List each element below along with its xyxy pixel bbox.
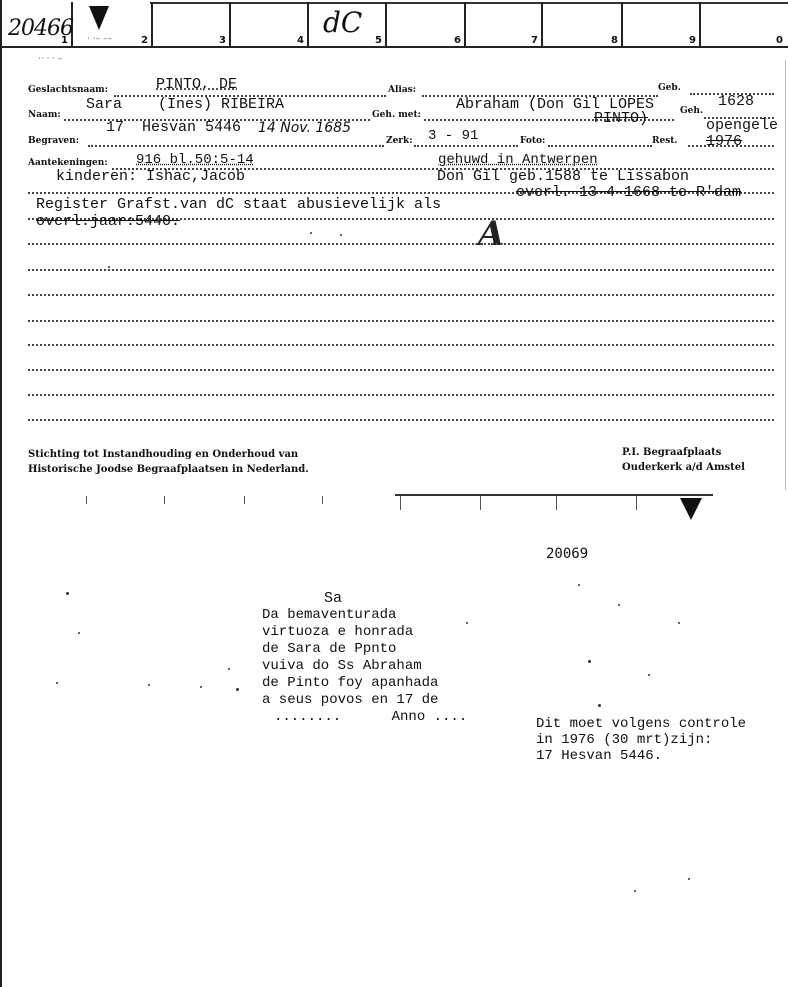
speck: [648, 674, 650, 676]
notes-married-place: gehuwd in Antwerpen: [438, 152, 598, 168]
speck: [66, 592, 69, 595]
foundation-name: Stichting tot Instandhouding en Onderhou…: [28, 447, 309, 477]
tick-mark: [322, 496, 323, 504]
tick-mark: [400, 496, 401, 510]
cell-number: 0: [776, 35, 783, 46]
index-cell-9: 9: [623, 2, 701, 48]
index-cell-6: 6: [387, 2, 466, 48]
rest-year: 1976: [706, 133, 742, 150]
photo-line: [548, 145, 652, 147]
speck: [228, 668, 230, 670]
speck: [578, 584, 580, 586]
tick-mark: [480, 496, 481, 510]
blank-line: [28, 419, 774, 421]
buried-label: Begraven:: [28, 136, 79, 146]
faint-mark: · ·– ––: [87, 34, 112, 44]
married-to-label: Geh. met:: [372, 110, 421, 120]
notes-spouse-died: overl. 13-4-1668 te R'dam: [516, 184, 741, 201]
blank-line: [28, 369, 774, 371]
bleed-through-strip-line: [395, 494, 713, 496]
speck: [108, 266, 110, 268]
card-left-edge: [0, 0, 2, 987]
control-note-line: in 1976 (30 mrt)zijn:: [536, 732, 746, 748]
index-cell-0: 0: [701, 2, 786, 48]
epitaph-line: a seus povos en 17 de: [262, 692, 455, 709]
foundation-line-1: Stichting tot Instandhouding en Onderhou…: [28, 447, 309, 462]
blank-line: [28, 243, 774, 245]
epitaph-line: virtuoza e honrada: [262, 624, 455, 641]
given-name-value: Sara (Ines) RIBEIRA: [86, 96, 284, 113]
index-cell-1: 20466 1: [0, 2, 73, 48]
speck: [588, 660, 591, 663]
tick-mark: [636, 496, 637, 510]
faint-mark: ·· · · –: [38, 54, 63, 64]
triangle-marker-icon: [89, 6, 109, 30]
stamp-letter-a: A: [478, 214, 504, 254]
blank-line: [28, 394, 774, 396]
speck: [310, 232, 312, 234]
index-cell-4: 4: [231, 2, 309, 48]
cell-number: 8: [611, 35, 618, 46]
notes-spouse-born: Don Gil geb.1588 te Lissabon: [437, 168, 689, 185]
epitaph-line: ........ Anno ....: [274, 709, 467, 726]
surname-label: Geslachtsnaam:: [28, 85, 108, 95]
married-label: Geh.: [680, 106, 703, 116]
alias-label: Alias:: [388, 85, 416, 95]
foundation-line-2: Historische Joodse Begraafplaatsen in Ne…: [28, 462, 309, 477]
tick-mark: [556, 496, 557, 510]
speck: [688, 878, 690, 880]
notes-archive-reference: 916 bl.50:5-14: [136, 152, 254, 168]
tick-mark: [244, 496, 245, 504]
cell-number: 2: [141, 35, 148, 46]
index-cell-8: 8: [543, 2, 623, 48]
notes-children: kinderen: Ishac,Jacob: [56, 168, 245, 185]
born-value: 1628: [718, 93, 754, 110]
blank-line: [28, 320, 774, 322]
handwritten-dc-mark: dC: [323, 6, 362, 39]
index-cell-3: 3: [153, 2, 231, 48]
cell-number: 6: [454, 35, 461, 46]
notes-register-year: overl.jaar:5440.: [36, 213, 180, 230]
name-label: Naam:: [28, 110, 61, 120]
epitaph-line: Da bemaventurada: [262, 607, 455, 624]
blank-line: [28, 344, 774, 346]
grave-value: 3 - 91: [428, 128, 478, 144]
card-right-edge: [785, 60, 786, 490]
control-note: Dit moet volgens controle in 1976 (30 mr…: [536, 716, 746, 764]
tick-mark: [86, 496, 87, 504]
speck: [678, 622, 680, 624]
tick-mark: [164, 496, 165, 504]
cell-number: 1: [61, 35, 68, 46]
buried-line: [88, 145, 384, 147]
epitaph-line: vuiva do Ss Abraham: [262, 658, 455, 675]
cell-number: 7: [531, 35, 538, 46]
cemetery-name: P.I. Begraafplaats Ouderkerk a/d Amstel: [622, 445, 745, 475]
epitaph-header: Sa: [324, 590, 517, 607]
speck: [148, 684, 150, 686]
index-cell-7: 7: [466, 2, 543, 48]
epitaph-line: de Sara de Ppnto: [262, 641, 455, 658]
epitaph-transcription: Sa Da bemaventurada virtuoza e honrada d…: [262, 590, 455, 726]
triangle-marker-icon: [680, 498, 702, 520]
speck: [78, 632, 80, 634]
cemetery-line-1: P.I. Begraafplaats: [622, 445, 745, 460]
cell-number: 4: [297, 35, 304, 46]
cell-number: 5: [375, 35, 382, 46]
speck: [598, 704, 601, 707]
grave-line: [414, 145, 518, 147]
speck: [618, 604, 620, 606]
speck: [634, 890, 636, 892]
reference-number: 20069: [546, 546, 588, 562]
blank-line: [28, 269, 774, 271]
control-note-line: Dit moet volgens controle: [536, 716, 746, 732]
notes-label: Aantekeningen:: [28, 158, 108, 168]
speck: [200, 686, 202, 688]
grave-label: Zerk:: [386, 136, 413, 146]
spouse-value-line2: PINTO): [594, 110, 648, 127]
speck: [340, 234, 342, 236]
surname-value: PINTO, DE: [156, 76, 237, 93]
cemetery-line-2: Ouderkerk a/d Amstel: [622, 460, 745, 475]
notes-register-remark: Register Grafst.van dC staat abusievelij…: [36, 196, 441, 213]
index-cell-5: dC 5: [309, 2, 387, 48]
photo-label: Foto:: [520, 136, 545, 146]
rest-note: opengele: [706, 117, 778, 134]
speck: [236, 688, 239, 691]
cell-number: 3: [219, 35, 226, 46]
numbered-index-strip: 20466 1 · ·– –– 2 3 4 dC 5 6 7 8 9 0: [0, 2, 788, 48]
born-label: Geb.: [658, 83, 681, 93]
rest-label: Rest.: [652, 136, 678, 146]
cell-number: 9: [689, 35, 696, 46]
speck: [466, 622, 468, 624]
index-cell-2: · ·– –– 2: [73, 2, 153, 48]
burial-date-gregorian: 14 Nov. 1685: [258, 120, 351, 136]
burial-date-hebrew: 17 Hesvan 5446: [106, 119, 241, 136]
speck: [56, 682, 58, 684]
blank-line: [28, 294, 774, 296]
epitaph-line: de Pinto foy apanhada: [262, 675, 455, 692]
control-note-line: 17 Hesvan 5446.: [536, 748, 746, 764]
